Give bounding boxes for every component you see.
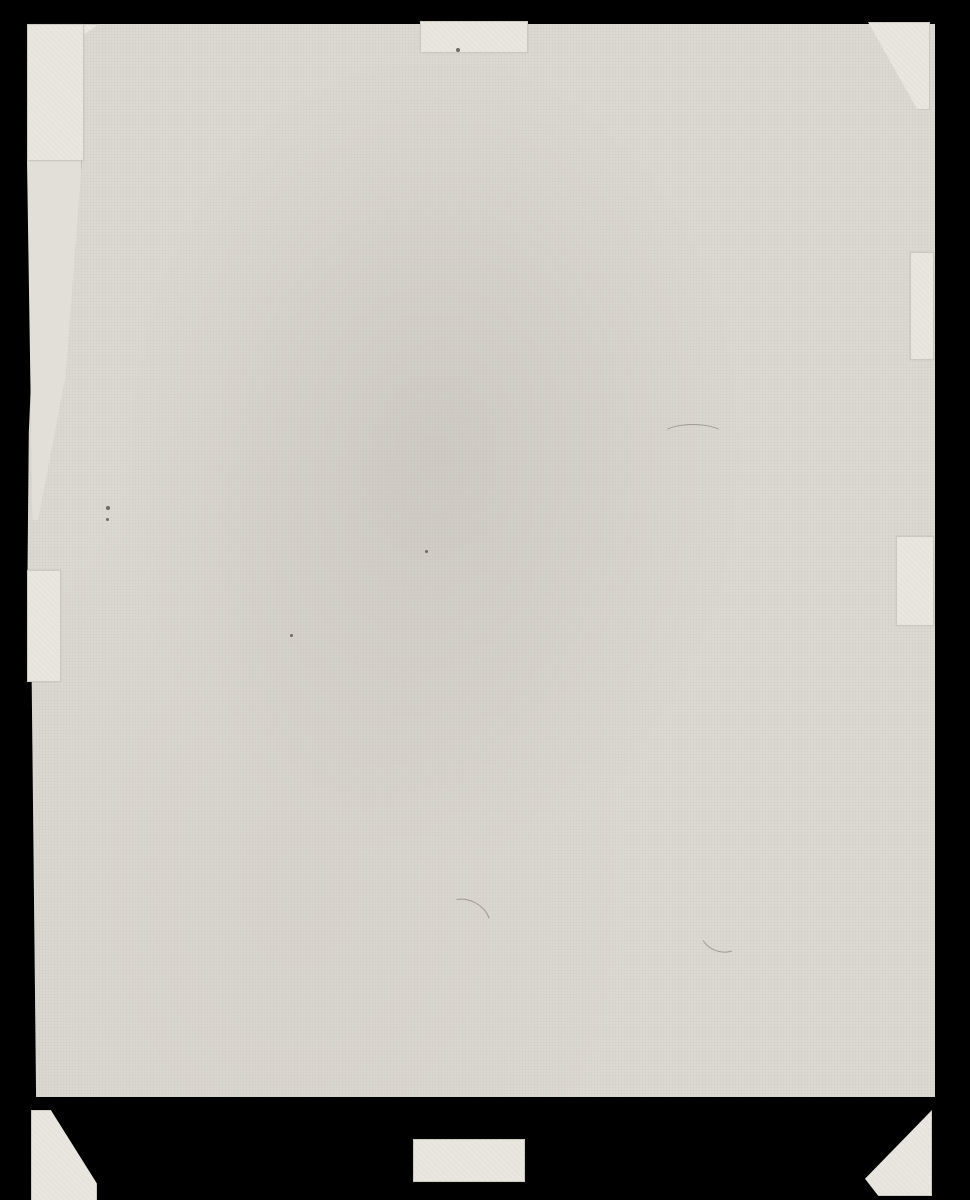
tape-bottom-left-corner [31,1110,97,1200]
tape-right-edge-middle [896,536,934,626]
tape-top-center [420,21,528,53]
tape-left-edge-middle [27,570,61,682]
speck [425,550,428,553]
speck [456,48,460,52]
tape-bottom-right-corner [865,1110,932,1196]
tape-top-left-strip [27,24,84,161]
tape-right-edge-upper [910,252,934,360]
tape-bottom-center [413,1139,525,1182]
paper-crease [662,424,724,446]
speck [290,634,293,637]
speck [106,506,110,510]
speck [106,518,109,521]
